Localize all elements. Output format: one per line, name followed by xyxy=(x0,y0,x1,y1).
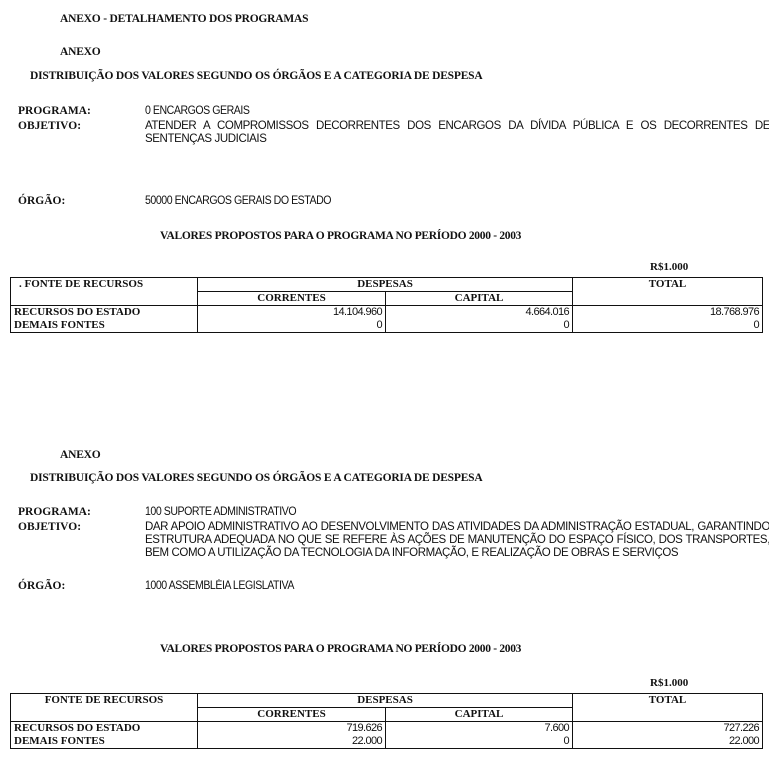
row-correntes: 719.626 xyxy=(198,722,386,736)
orgao-value: 50000 ENCARGOS GERAIS DO ESTADO xyxy=(145,195,331,207)
row-total: 727.226 xyxy=(573,722,763,736)
header-total: TOTAL xyxy=(573,278,763,306)
table-row: DEMAIS FONTES 22.000 0 22.000 xyxy=(11,735,763,749)
objetivo-value: ATENDER A COMPROMISSOS DECORRENTES DOS E… xyxy=(145,120,769,146)
row-total: 0 xyxy=(573,319,763,333)
objetivo-label: OBJETIVO: xyxy=(18,521,81,533)
annex-label: ANEXO xyxy=(60,46,101,58)
orgao-label: ÓRGÃO: xyxy=(18,195,65,207)
annex-label: ANEXO xyxy=(60,449,101,461)
header-fonte: . FONTE DE RECURSOS xyxy=(11,278,198,306)
row-total: 18.768.976 xyxy=(573,306,763,320)
header-correntes: CORRENTES xyxy=(198,292,386,306)
row-fonte: DEMAIS FONTES xyxy=(11,735,198,749)
values-title: VALORES PROPOSTOS PARA O PROGRAMA NO PER… xyxy=(160,230,521,242)
objetivo-label: OBJETIVO: xyxy=(18,120,81,132)
header-despesas: DESPESAS xyxy=(198,694,573,708)
row-fonte: RECURSOS DO ESTADO xyxy=(11,722,198,736)
table-row: RECURSOS DO ESTADO 719.626 7.600 727.226 xyxy=(11,722,763,736)
header-fonte: FONTE DE RECURSOS xyxy=(11,694,198,722)
currency-unit: R$1.000 xyxy=(650,677,688,689)
values-table: FONTE DE RECURSOS DESPESAS TOTAL CORRENT… xyxy=(10,693,763,749)
programa-label: PROGRAMA: xyxy=(18,105,91,117)
table-row: RECURSOS DO ESTADO 14.104.960 4.664.016 … xyxy=(11,306,763,320)
distribution-title: DISTRIBUIÇÃO DOS VALORES SEGUNDO OS ÓRGÃ… xyxy=(30,472,482,484)
row-fonte: DEMAIS FONTES xyxy=(11,319,198,333)
table-row: DEMAIS FONTES 0 0 0 xyxy=(11,319,763,333)
values-title: VALORES PROPOSTOS PARA O PROGRAMA NO PER… xyxy=(160,643,521,655)
distribution-title: DISTRIBUIÇÃO DOS VALORES SEGUNDO OS ÓRGÃ… xyxy=(30,70,482,82)
orgao-value: 1000 ASSEMBLÉIA LEGISLATIVA xyxy=(145,580,294,592)
programa-label: PROGRAMA: xyxy=(18,506,91,518)
row-correntes: 14.104.960 xyxy=(198,306,386,320)
row-correntes: 22.000 xyxy=(198,735,386,749)
values-table: . FONTE DE RECURSOS DESPESAS TOTAL CORRE… xyxy=(10,277,763,333)
programa-value: 0 ENCARGOS GERAIS xyxy=(145,105,249,117)
programa-value: 100 SUPORTE ADMINISTRATIVO xyxy=(145,506,296,518)
row-fonte: RECURSOS DO ESTADO xyxy=(11,306,198,320)
objetivo-value: DAR APOIO ADMINISTRATIVO AO DESENVOLVIME… xyxy=(145,521,769,560)
row-capital: 4.664.016 xyxy=(386,306,573,320)
header-capital: CAPITAL xyxy=(386,292,573,306)
row-capital: 0 xyxy=(386,735,573,749)
header-capital: CAPITAL xyxy=(386,708,573,722)
row-correntes: 0 xyxy=(198,319,386,333)
header-correntes: CORRENTES xyxy=(198,708,386,722)
header-total: TOTAL xyxy=(573,694,763,722)
orgao-label: ÓRGÃO: xyxy=(18,580,65,592)
row-total: 22.000 xyxy=(573,735,763,749)
header-despesas: DESPESAS xyxy=(198,278,573,292)
currency-unit: R$1.000 xyxy=(650,261,688,273)
main-title: ANEXO - DETALHAMENTO DOS PROGRAMAS xyxy=(60,13,308,25)
row-capital: 7.600 xyxy=(386,722,573,736)
row-capital: 0 xyxy=(386,319,573,333)
